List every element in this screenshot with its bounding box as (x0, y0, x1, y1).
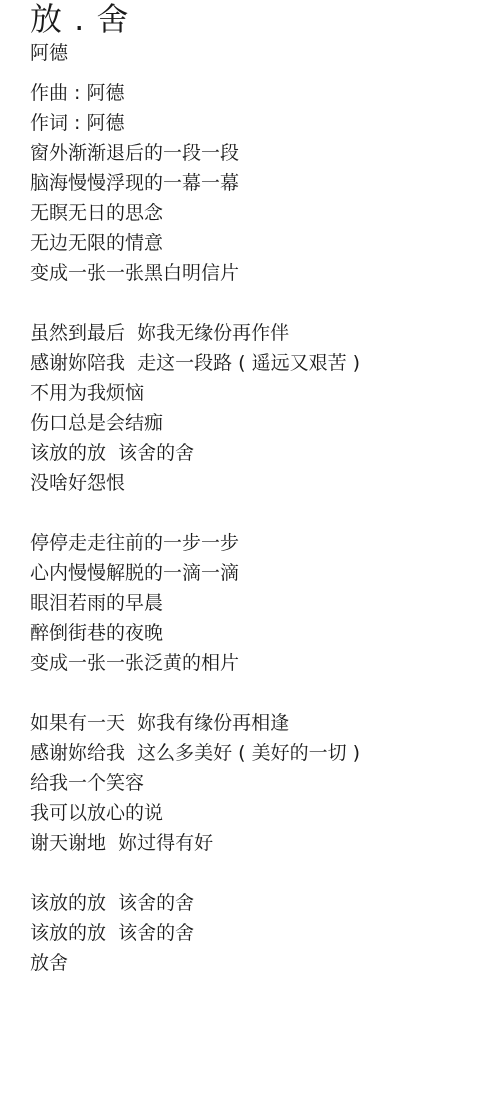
lyric-line: 作曲 : 阿德 (30, 78, 360, 108)
stanza-break (30, 858, 360, 888)
lyric-line: 脑海慢慢浮现的一幕一幕 (30, 168, 360, 198)
lyric-line: 该放的放 该舍的舍 (30, 438, 360, 468)
lyric-line: 窗外渐渐退后的一段一段 (30, 138, 360, 168)
artist-name: 阿德 (30, 40, 68, 66)
lyric-line: 放舍 (30, 948, 360, 978)
stanza-break (30, 678, 360, 708)
lyric-line: 伤口总是会结痂 (30, 408, 360, 438)
stanza-break (30, 288, 360, 318)
lyric-line: 眼泪若雨的早晨 (30, 588, 360, 618)
lyric-line: 作词 : 阿德 (30, 108, 360, 138)
lyric-line: 不用为我烦恼 (30, 378, 360, 408)
lyric-line: 没啥好怨恨 (30, 468, 360, 498)
lyric-line: 无瞑无日的思念 (30, 198, 360, 228)
lyric-line: 虽然到最后 妳我无缘份再作伴 (30, 318, 360, 348)
lyrics-body: 作曲 : 阿德 作词 : 阿德 窗外渐渐退后的一段一段 脑海慢慢浮现的一幕一幕 … (30, 78, 360, 978)
lyric-line: 该放的放 该舍的舍 (30, 888, 360, 918)
lyric-line: 如果有一天 妳我有缘份再相逢 (30, 708, 360, 738)
lyric-line: 无边无限的情意 (30, 228, 360, 258)
lyric-line: 心内慢慢解脱的一滴一滴 (30, 558, 360, 588)
song-title: 放 . 舍 (30, 0, 130, 38)
lyric-line: 感谢妳陪我 走这一段路 ( 遥远又艰苦 ) (30, 348, 360, 378)
lyric-line: 该放的放 该舍的舍 (30, 918, 360, 948)
lyric-line: 停停走走往前的一步一步 (30, 528, 360, 558)
stanza-break (30, 498, 360, 528)
lyric-line: 给我一个笑容 (30, 768, 360, 798)
lyric-line: 感谢妳给我 这么多美好 ( 美好的一切 ) (30, 738, 360, 768)
lyric-line: 谢天谢地 妳过得有好 (30, 828, 360, 858)
lyric-line: 醉倒街巷的夜晚 (30, 618, 360, 648)
lyric-line: 变成一张一张黑白明信片 (30, 258, 360, 288)
lyric-line: 我可以放心的说 (30, 798, 360, 828)
lyric-line: 变成一张一张泛黄的相片 (30, 648, 360, 678)
